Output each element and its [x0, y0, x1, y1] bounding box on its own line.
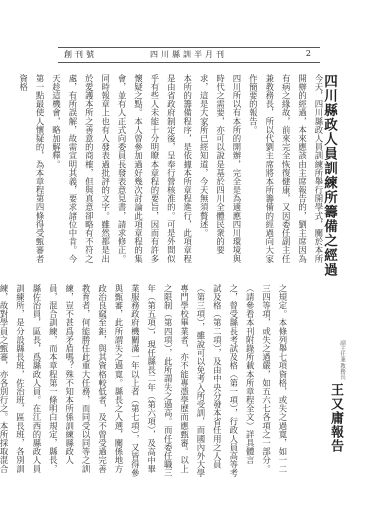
- paragraph: 本所的籌備程序，是依據本所章程進行，此項章程是由省政府制定後，呈奉行營核准的。可…: [48, 74, 196, 264]
- journal-title: 四川縣訓半月刊: [150, 49, 227, 60]
- issue-label: 創刊號: [64, 49, 97, 60]
- page-number: 2: [306, 49, 314, 58]
- author-role-line: 副主任兼: [326, 340, 345, 362]
- article-body-bottom: 之規定。本條列舉七項資格，或失之過寬，如一二三四等項，或失之過嚴，如五六七各項之…: [56, 284, 291, 480]
- paragraph: 四川所以有本所的開辦，完全是為適應四川環境與時代之需要，亦可以說是基於四川全體民…: [196, 74, 245, 264]
- author-name: 王又庸報告: [326, 383, 345, 453]
- author-role: 副主任兼 教務長: [326, 340, 345, 380]
- author-byline: 副主任兼 教務長 王又庸報告: [326, 340, 345, 453]
- paragraph: 第一點最使人懷疑的，為本章程第四條得受甄審者資格: [15, 74, 48, 264]
- running-header: 創刊號 四川縣訓半月刊 2: [58, 47, 320, 63]
- paragraph: 之規定。本條列舉七項資格，或失之過寬，如一二三四等項，或失之過嚴，如五六七各項之…: [0, 284, 291, 480]
- paragraph: 今天，四川縣政人員訓練所舉行開學式，關於本所開辦的經過，本來應該由主席報告的，劉…: [245, 74, 327, 264]
- article-body-top: 今天，四川縣政人員訓練所舉行開學式，關於本所開辦的經過，本來應該由主席報告的，劉…: [102, 74, 327, 264]
- author-role-line: 教務長: [326, 363, 345, 380]
